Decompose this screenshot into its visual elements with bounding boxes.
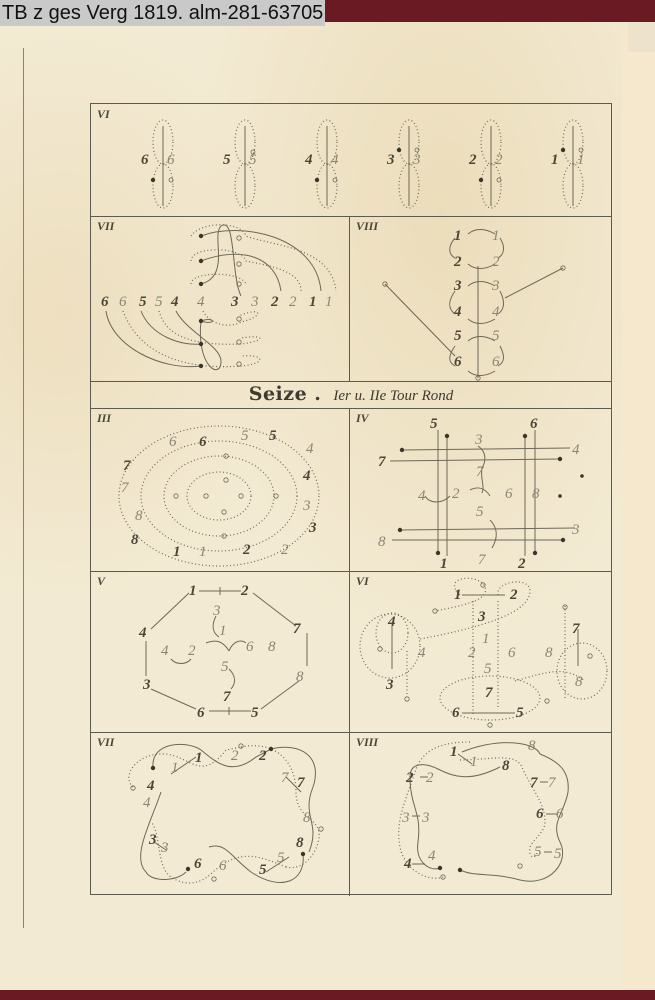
svg-text:4: 4	[146, 778, 155, 794]
svg-text:4: 4	[418, 488, 426, 504]
svg-text:4: 4	[403, 856, 412, 872]
svg-text:4: 4	[304, 152, 313, 168]
svg-text:8: 8	[545, 645, 553, 661]
svg-text:5: 5	[155, 294, 163, 310]
svg-text:2: 2	[426, 770, 434, 786]
svg-text:4: 4	[306, 441, 314, 457]
svg-text:4: 4	[418, 645, 426, 661]
figure-panel-vii-top: VII 66 55 44 33 22 11	[91, 216, 349, 381]
svg-text:6: 6	[454, 354, 462, 370]
svg-text:1: 1	[454, 228, 462, 244]
svg-text:6: 6	[556, 806, 564, 822]
svg-text:7: 7	[476, 464, 485, 480]
svg-text:7: 7	[378, 454, 386, 470]
svg-text:2: 2	[452, 486, 460, 502]
svg-text:5: 5	[241, 428, 249, 444]
svg-text:8: 8	[303, 810, 311, 826]
svg-text:3: 3	[230, 294, 239, 310]
svg-text:3: 3	[477, 609, 486, 625]
svg-text:1: 1	[325, 294, 333, 310]
figure-diagram: 536 477 4268 5 38 172	[350, 408, 611, 571]
figure-panel-vi-top: VI 66 55 44 33	[91, 104, 611, 216]
svg-text:7: 7	[572, 621, 580, 637]
svg-text:2: 2	[242, 542, 251, 558]
svg-text:8: 8	[378, 534, 386, 550]
svg-text:4: 4	[161, 643, 169, 659]
svg-text:3: 3	[148, 832, 157, 848]
svg-text:6: 6	[169, 434, 177, 450]
svg-text:1: 1	[171, 760, 179, 776]
figure-diagram: 66 55 44 77 33 88 11 22	[91, 408, 349, 571]
svg-text:4: 4	[428, 848, 436, 864]
svg-text:2: 2	[258, 748, 267, 764]
svg-text:2: 2	[188, 643, 196, 659]
svg-text:4: 4	[143, 795, 151, 811]
svg-text:3: 3	[308, 520, 317, 536]
svg-text:5: 5	[269, 428, 277, 444]
svg-text:4: 4	[453, 304, 462, 320]
figure-diagram: 12 34 14 268 7 538 7 65	[350, 571, 611, 732]
svg-text:3: 3	[386, 152, 395, 168]
svg-text:8: 8	[502, 758, 510, 774]
svg-text:2: 2	[270, 294, 279, 310]
image-caption: TB z ges Verg 1819. alm-281-63705	[0, 0, 325, 26]
svg-text:1: 1	[551, 152, 559, 168]
svg-text:8: 8	[532, 486, 540, 502]
svg-text:4: 4	[302, 468, 311, 484]
figure-diagram: 11 88 22 77 33 66 44 55	[350, 732, 611, 894]
svg-text:3: 3	[474, 432, 483, 448]
svg-text:5: 5	[249, 152, 257, 168]
svg-text:1: 1	[440, 556, 448, 571]
svg-text:6: 6	[508, 645, 516, 661]
svg-text:1: 1	[219, 623, 227, 639]
svg-text:3: 3	[385, 677, 394, 693]
next-page-edge	[622, 30, 655, 990]
svg-text:2: 2	[492, 254, 500, 270]
figure-panel-iii: III 66 55 44 77 33 88 11 22	[91, 408, 349, 571]
svg-text:4: 4	[138, 625, 147, 641]
svg-text:3: 3	[250, 294, 259, 310]
svg-text:8: 8	[296, 669, 304, 685]
figure-diagram: 66 55 44 33 22	[91, 104, 611, 216]
svg-text:5: 5	[516, 705, 524, 721]
figure-panel-viii-top: VIII 11 22 33 44 55 66	[350, 216, 611, 381]
svg-text:3: 3	[142, 677, 151, 693]
svg-text:5: 5	[492, 328, 500, 344]
svg-text:1: 1	[173, 544, 181, 560]
figure-diagram: 11 22 33 44 55 66	[350, 216, 611, 381]
svg-text:1: 1	[199, 544, 207, 560]
svg-text:2: 2	[405, 770, 414, 786]
svg-text:8: 8	[135, 508, 143, 524]
svg-text:2: 2	[289, 294, 297, 310]
svg-text:4: 4	[387, 614, 396, 630]
svg-text:5: 5	[251, 705, 259, 721]
svg-text:2: 2	[281, 542, 289, 558]
svg-text:2: 2	[495, 152, 503, 168]
svg-text:6: 6	[119, 294, 127, 310]
page-margin-rule	[23, 48, 24, 928]
svg-text:5: 5	[277, 850, 285, 866]
svg-text:5: 5	[454, 328, 462, 344]
svg-text:8: 8	[528, 738, 536, 754]
svg-text:6: 6	[492, 354, 500, 370]
svg-text:6: 6	[452, 705, 460, 721]
svg-text:5: 5	[430, 416, 438, 432]
figure-panel-iv: IV 536 477 4268 5 38 172	[350, 408, 611, 571]
svg-text:4: 4	[572, 442, 580, 458]
svg-text:6: 6	[505, 486, 513, 502]
svg-text:8: 8	[268, 639, 276, 655]
svg-text:7: 7	[293, 621, 301, 637]
svg-text:4: 4	[492, 304, 500, 320]
svg-text:3: 3	[491, 278, 500, 294]
svg-text:1: 1	[577, 152, 585, 168]
svg-text:6: 6	[219, 858, 227, 874]
plate-title: Seize . Ier u. IIe Tour Rond	[91, 381, 611, 408]
svg-text:1: 1	[195, 750, 203, 766]
svg-text:5: 5	[223, 152, 231, 168]
svg-text:1: 1	[454, 587, 462, 603]
svg-text:2: 2	[509, 587, 518, 603]
svg-text:4: 4	[170, 294, 179, 310]
svg-text:1: 1	[309, 294, 317, 310]
svg-text:6: 6	[141, 152, 149, 168]
svg-text:4: 4	[197, 294, 205, 310]
svg-text:7: 7	[121, 480, 130, 496]
svg-text:6: 6	[536, 806, 544, 822]
svg-text:7: 7	[548, 775, 557, 791]
svg-text:7: 7	[281, 770, 290, 786]
svg-text:5: 5	[554, 846, 562, 862]
svg-text:3: 3	[412, 152, 421, 168]
svg-text:6: 6	[530, 416, 538, 432]
svg-text:7: 7	[123, 458, 131, 474]
svg-text:5: 5	[221, 659, 229, 675]
figure-panel-viii-bottom: VIII 11 88 22 77 33 66 44 55	[350, 732, 611, 894]
svg-text:2: 2	[231, 748, 239, 764]
svg-text:1: 1	[482, 631, 490, 647]
svg-text:6: 6	[101, 294, 109, 310]
svg-text:6: 6	[167, 152, 175, 168]
svg-text:7: 7	[530, 775, 538, 791]
svg-text:3: 3	[160, 840, 169, 856]
dance-figure-plate: VI 66 55 44 33	[90, 103, 612, 895]
figure-diagram: 66 55 44 33 22 11	[91, 216, 349, 381]
svg-text:6: 6	[199, 434, 207, 450]
svg-text:2: 2	[468, 645, 476, 661]
svg-text:5: 5	[139, 294, 147, 310]
svg-text:6: 6	[194, 856, 202, 872]
folded-corner	[628, 22, 655, 52]
svg-text:2: 2	[468, 152, 477, 168]
svg-text:7: 7	[478, 552, 487, 568]
svg-text:3: 3	[571, 522, 580, 538]
svg-text:7: 7	[297, 775, 305, 791]
svg-text:7: 7	[485, 685, 493, 701]
figure-diagram: 11 22 44 77 88 33 66 55	[91, 732, 349, 894]
svg-text:2: 2	[517, 556, 526, 571]
svg-text:3: 3	[401, 810, 410, 826]
svg-text:8: 8	[131, 532, 139, 548]
svg-text:1: 1	[189, 583, 197, 599]
svg-text:5: 5	[534, 844, 542, 860]
svg-text:6: 6	[197, 705, 205, 721]
figure-panel-v: V 12 347 1 4268 5 38 7 65	[91, 571, 349, 732]
svg-text:4: 4	[331, 152, 339, 168]
svg-text:3: 3	[421, 810, 430, 826]
dance-subtitle: Ier u. IIe Tour Rond	[333, 388, 453, 404]
svg-text:3: 3	[302, 498, 311, 514]
svg-text:2: 2	[453, 254, 462, 270]
svg-text:6: 6	[246, 639, 254, 655]
svg-text:2: 2	[240, 583, 249, 599]
svg-text:8: 8	[575, 674, 583, 690]
svg-text:8: 8	[296, 835, 304, 851]
svg-text:1: 1	[450, 744, 458, 760]
svg-text:5: 5	[476, 504, 484, 520]
svg-text:3: 3	[212, 603, 221, 619]
svg-text:3: 3	[453, 278, 462, 294]
figure-panel-vi-bottom: VI 12 34 14 268 7 538 7 65	[350, 571, 611, 732]
dance-name: Seize .	[249, 383, 322, 405]
svg-text:1: 1	[470, 754, 478, 770]
figure-panel-vii-bottom: VII 11 22 44 77 88 33 66 55	[91, 732, 349, 894]
figure-diagram: 12 347 1 4268 5 38 7 65	[91, 571, 349, 732]
svg-text:1: 1	[492, 228, 500, 244]
svg-text:5: 5	[484, 661, 492, 677]
svg-text:7: 7	[223, 689, 231, 705]
svg-text:5: 5	[259, 862, 267, 878]
